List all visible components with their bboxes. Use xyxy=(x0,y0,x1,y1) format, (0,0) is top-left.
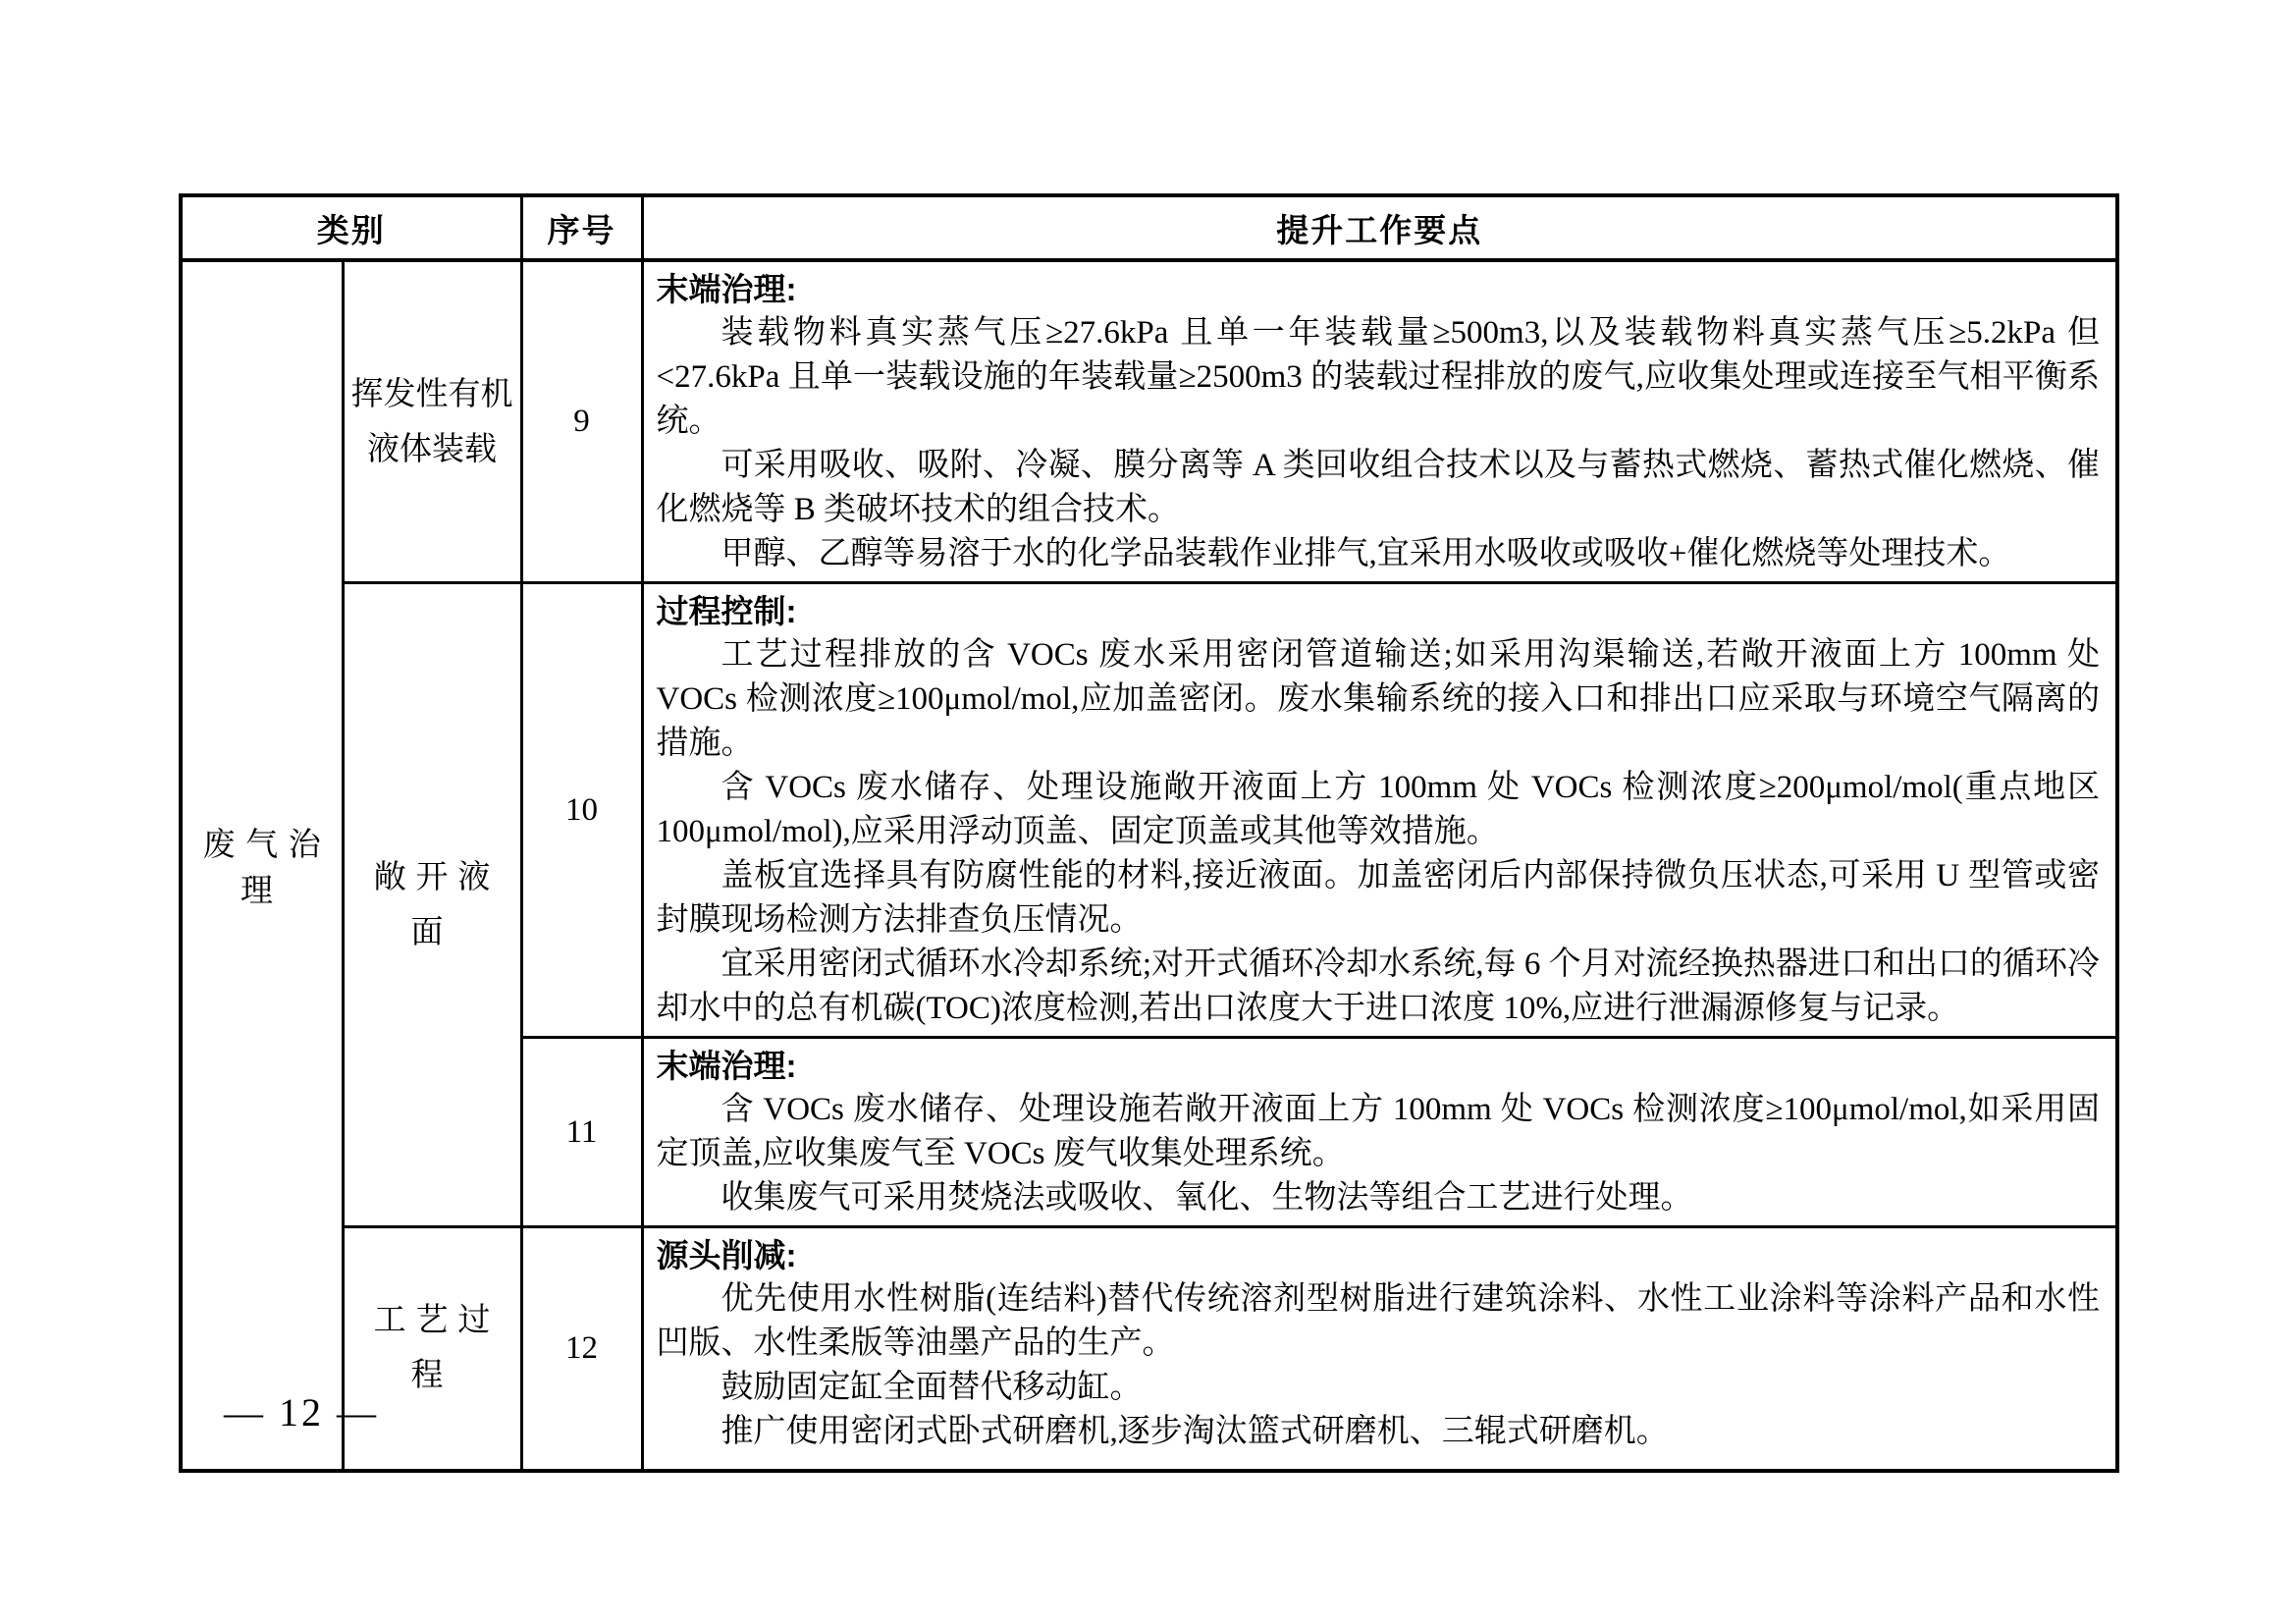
serial-cell: 9 xyxy=(521,260,642,583)
table-row-12: 工艺过程 12 源头削减: 优先使用水性树脂(连结料)替代传统溶剂型树脂进行建筑… xyxy=(181,1227,2117,1471)
subcategory-cell-open-liquid-surface: 敞开液面 xyxy=(343,583,521,1227)
points-cell: 源头削减: 优先使用水性树脂(连结料)替代传统溶剂型树脂进行建筑涂料、水性工业涂… xyxy=(642,1227,2117,1471)
serial-cell: 10 xyxy=(521,583,642,1038)
paragraph: 可采用吸收、吸附、冷凝、膜分离等 A 类回收组合技术以及与蓄热式燃烧、蓄热式催化… xyxy=(657,444,2101,532)
points-cell: 末端治理: 含 VOCs 废水储存、处理设施若敞开液面上方 100mm 处 VO… xyxy=(642,1038,2117,1227)
points-cell: 过程控制: 工艺过程排放的含 VOCs 废水采用密闭管道输送;如采用沟渠输送,若… xyxy=(642,583,2117,1038)
paragraph: 推广使用密闭式卧式研磨机,逐步淘汰篮式研磨机、三辊式研磨机。 xyxy=(657,1410,2101,1454)
table-row-9: 废气治理 挥发性有机液体装载 9 末端治理: 装载物料真实蒸气压≥27.6kPa… xyxy=(181,260,2117,583)
section-heading: 源头削减: xyxy=(657,1233,2101,1277)
section-heading: 末端治理: xyxy=(657,267,2101,311)
header-serial: 序号 xyxy=(521,195,642,260)
paragraph: 工艺过程排放的含 VOCs 废水采用密闭管道输送;如采用沟渠输送,若敞开液面上方… xyxy=(657,633,2101,766)
table-header-row: 类别 序号 提升工作要点 xyxy=(181,195,2117,260)
page-number: — 12 — xyxy=(224,1389,379,1435)
header-category: 类别 xyxy=(181,195,521,260)
paragraph: 含 VOCs 废水储存、处理设施若敞开液面上方 100mm 处 VOCs 检测浓… xyxy=(657,1088,2101,1176)
document-page: 类别 序号 提升工作要点 废气治理 挥发性有机液体装载 9 末端治理: 装载物料… xyxy=(0,0,2296,1624)
paragraph: 优先使用水性树脂(连结料)替代传统溶剂型树脂进行建筑涂料、水性工业涂料等涂料产品… xyxy=(657,1277,2101,1366)
serial-cell: 12 xyxy=(521,1227,642,1471)
paragraph: 盖板宜选择具有防腐性能的材料,接近液面。加盖密闭后内部保持微负压状态,可采用 U… xyxy=(657,854,2101,943)
subcategory-cell-volatile-liquid-loading: 挥发性有机液体装载 xyxy=(343,260,521,583)
header-points: 提升工作要点 xyxy=(642,195,2117,260)
section-heading: 末端治理: xyxy=(657,1044,2101,1088)
requirements-table: 类别 序号 提升工作要点 废气治理 挥发性有机液体装载 9 末端治理: 装载物料… xyxy=(179,193,2119,1473)
category-cell: 废气治理 xyxy=(181,260,343,1471)
points-cell: 末端治理: 装载物料真实蒸气压≥27.6kPa 且单一年装载量≥500m3,以及… xyxy=(642,260,2117,583)
paragraph: 含 VOCs 废水储存、处理设施敞开液面上方 100mm 处 VOCs 检测浓度… xyxy=(657,766,2101,854)
paragraph: 宜采用密闭式循环水冷却系统;对开式循环冷却水系统,每 6 个月对流经换热器进口和… xyxy=(657,943,2101,1031)
paragraph: 鼓励固定缸全面替代移动缸。 xyxy=(657,1366,2101,1410)
serial-cell: 11 xyxy=(521,1038,642,1227)
table-row-10: 敞开液面 10 过程控制: 工艺过程排放的含 VOCs 废水采用密闭管道输送;如… xyxy=(181,583,2117,1038)
paragraph: 甲醇、乙醇等易溶于水的化学品装载作业排气,宜采用水吸收或吸收+催化燃烧等处理技术… xyxy=(657,532,2101,576)
section-heading: 过程控制: xyxy=(657,589,2101,633)
paragraph: 装载物料真实蒸气压≥27.6kPa 且单一年装载量≥500m3,以及装载物料真实… xyxy=(657,311,2101,444)
paragraph: 收集废气可采用焚烧法或吸收、氧化、生物法等组合工艺进行处理。 xyxy=(657,1176,2101,1220)
